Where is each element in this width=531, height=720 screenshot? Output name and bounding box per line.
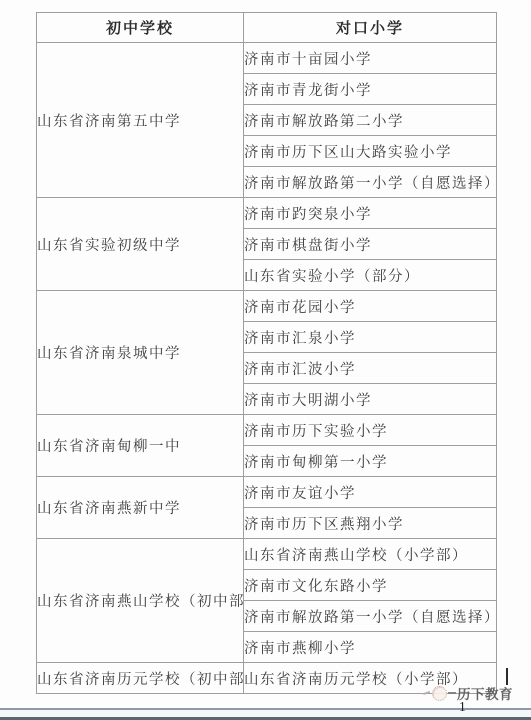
table-row: 山东省济南甸柳一中济南市历下实验小学 — [37, 415, 497, 446]
primary-school-cell: 济南市青龙街小学 — [244, 74, 497, 105]
document-page: 初中学校 对口小学 山东省济南第五中学济南市十亩园小学济南市青龙街小学济南市解放… — [0, 0, 531, 720]
primary-school-cell: 济南市趵突泉小学 — [244, 198, 497, 229]
watermark-dash-icon — [448, 692, 456, 694]
middle-school-cell: 山东省济南燕新中学 — [37, 477, 244, 539]
header-primary-school: 对口小学 — [244, 13, 497, 43]
table-row: 山东省济南燕山学校（初中部）山东省济南燕山学校（小学部） — [37, 539, 497, 570]
primary-school-cell: 山东省实验小学（部分） — [244, 260, 497, 291]
table-row: 山东省实验初级中学济南市趵突泉小学 — [37, 198, 497, 229]
watermark: 历下教育 — [423, 685, 513, 701]
primary-school-cell: 济南市大明湖小学 — [244, 384, 497, 415]
middle-school-cell: 山东省济南历元学校（初中部） — [37, 663, 244, 694]
page-number: 1 — [459, 699, 466, 715]
school-mapping-table: 初中学校 对口小学 山东省济南第五中学济南市十亩园小学济南市青龙街小学济南市解放… — [36, 12, 497, 694]
primary-school-cell: 济南市十亩园小学 — [244, 43, 497, 74]
primary-school-cell: 济南市甸柳第一小学 — [244, 446, 497, 477]
header-middle-school: 初中学校 — [37, 13, 244, 43]
table-row: 山东省济南燕新中学济南市友谊小学 — [37, 477, 497, 508]
header-row: 初中学校 对口小学 — [37, 13, 497, 43]
primary-school-cell: 济南市历下实验小学 — [244, 415, 497, 446]
primary-school-cell: 济南市棋盘街小学 — [244, 229, 497, 260]
primary-school-cell: 济南市花园小学 — [244, 291, 497, 322]
primary-school-cell: 山东省济南燕山学校（小学部） — [244, 539, 497, 570]
primary-school-cell: 济南市燕柳小学 — [244, 632, 497, 663]
middle-school-cell: 山东省实验初级中学 — [37, 198, 244, 291]
primary-school-cell: 济南市汇泉小学 — [244, 322, 497, 353]
primary-school-cell: 济南市解放路第一小学（自愿选择） — [244, 167, 497, 198]
middle-school-cell: 山东省济南第五中学 — [37, 43, 244, 198]
table-row: 山东省济南泉城中学济南市花园小学 — [37, 291, 497, 322]
primary-school-cell: 济南市历下区燕翔小学 — [244, 508, 497, 539]
primary-school-cell: 济南市友谊小学 — [244, 477, 497, 508]
primary-school-cell: 济南市文化东路小学 — [244, 570, 497, 601]
bottom-ui-strip — [0, 708, 531, 720]
middle-school-cell: 山东省济南甸柳一中 — [37, 415, 244, 477]
watermark-squiggle-icon — [423, 691, 430, 695]
table-row: 山东省济南第五中学济南市十亩园小学 — [37, 43, 497, 74]
middle-school-cell: 山东省济南燕山学校（初中部） — [37, 539, 244, 663]
primary-school-cell: 济南市历下区山大路实验小学 — [244, 136, 497, 167]
primary-school-cell: 济南市解放路第二小学 — [244, 105, 497, 136]
primary-school-cell: 济南市汇波小学 — [244, 353, 497, 384]
primary-school-cell: 济南市解放路第一小学（自愿选择） — [244, 601, 497, 632]
middle-school-cell: 山东省济南泉城中学 — [37, 291, 244, 415]
lixia-education-seal-icon — [432, 686, 447, 701]
